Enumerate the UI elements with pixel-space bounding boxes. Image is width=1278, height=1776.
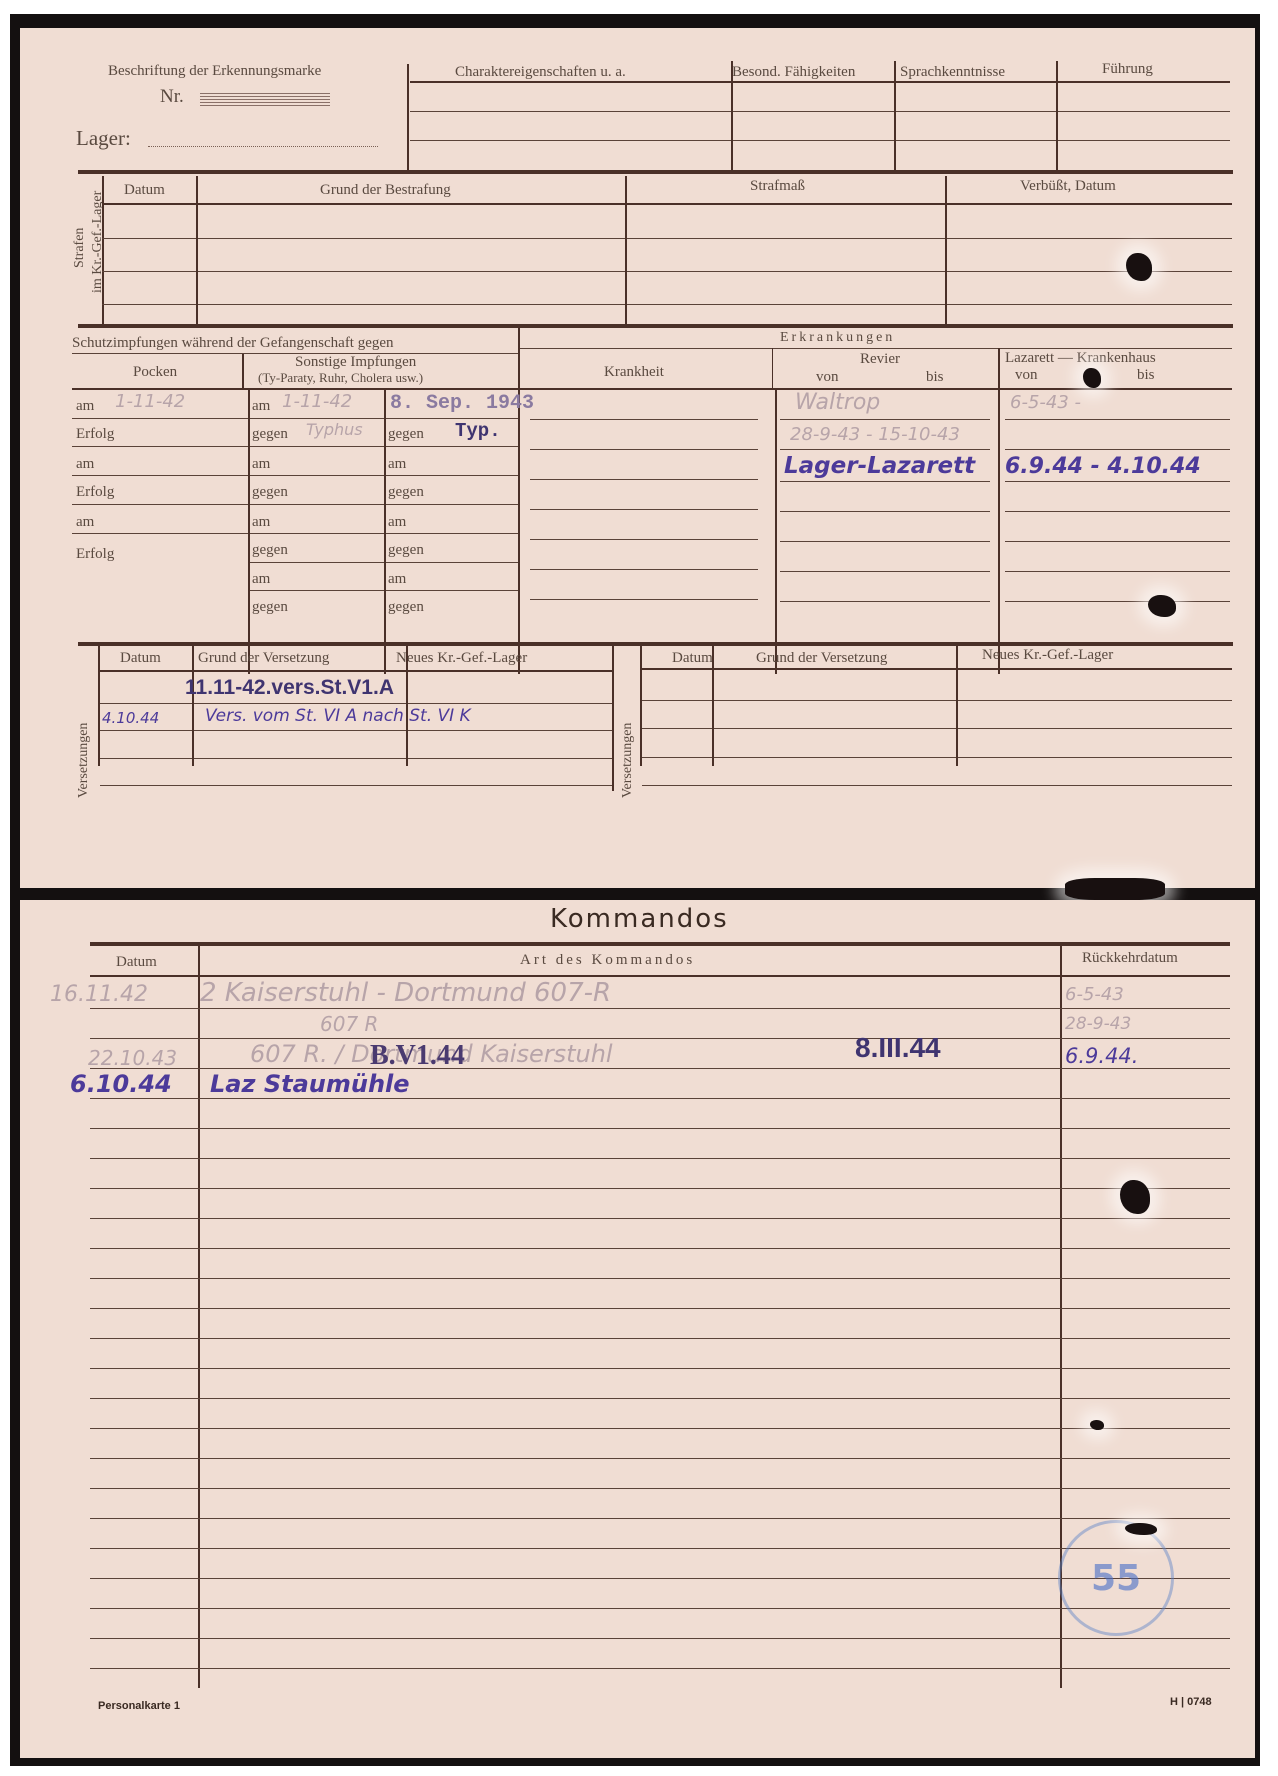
- kommando-return[interactable]: 28-9-43: [1065, 1014, 1131, 1034]
- kommando-stamp-2: 8.III.44: [855, 1032, 941, 1064]
- vaccine-type-stamp: Typ.: [455, 420, 501, 442]
- nr-field[interactable]: [200, 91, 330, 107]
- vaccinations-header-pocken: Pocken: [133, 364, 177, 381]
- kommandos-header-return: Rückkehrdatum: [1082, 950, 1178, 967]
- transfer-reason-2[interactable]: Vers. vom St. VI A nach St. VI K: [205, 706, 471, 726]
- kommando-date[interactable]: 6.10.44: [70, 1070, 172, 1098]
- bullet-hole: [1126, 253, 1152, 281]
- transfers-left-side-label: Versetzungen: [76, 723, 92, 798]
- form-code: H | 0748: [1170, 1696, 1212, 1708]
- bullet-hole: [1148, 595, 1176, 617]
- kommando-type[interactable]: Laz Staumühle: [210, 1070, 410, 1098]
- punishments-header-date: Datum: [124, 182, 165, 199]
- camp-round-stamp: 55: [1058, 1520, 1174, 1636]
- nr-label: Nr.: [160, 86, 184, 108]
- pocken-date-1[interactable]: 1-11-42: [115, 391, 185, 412]
- transfers-right-header-camp: Neues Kr.-Gef.-Lager: [982, 647, 1113, 664]
- kommando-stamp-1: B.V1.44: [370, 1040, 465, 1072]
- personalkarte-back-lower: Kommandos Datum Art des Kommandos Rückke…: [20, 900, 1255, 1758]
- traits-header-character: Charaktereigenschaften u. a.: [455, 64, 626, 81]
- kommando-return[interactable]: 6-5-43: [1065, 984, 1124, 1005]
- kommandos-header-date: Datum: [116, 954, 157, 971]
- other-vaccine-date-1[interactable]: 1-11-42: [282, 391, 352, 412]
- punishments-header-penalty: Strafmaß: [750, 178, 805, 195]
- transfers-right-header-reason: Grund der Versetzung: [756, 650, 887, 667]
- kommando-type[interactable]: 2 Kaiserstuhl - Dortmund 607-R: [200, 978, 611, 1008]
- vaccinations-header-other: Sonstige Impfungen: [295, 354, 416, 371]
- other-vaccine-against-1[interactable]: Typhus: [306, 420, 363, 439]
- kommandos-header-type: Art des Kommandos: [520, 952, 695, 969]
- illness-lazarett-3[interactable]: 6.9.44 - 4.10.44: [1005, 454, 1201, 479]
- vaccinations-header-other-sub: (Ty-Paraty, Ruhr, Cholera usw.): [258, 370, 423, 386]
- lager-label: Lager:: [76, 126, 131, 151]
- illnesses-title: Erkrankungen: [780, 330, 895, 346]
- bullet-hole: [1083, 368, 1101, 388]
- lager-field[interactable]: [148, 146, 378, 147]
- kommando-date[interactable]: 16.11.42: [50, 982, 148, 1007]
- kommandos-title: Kommandos: [550, 904, 729, 934]
- illness-lazarett-1[interactable]: 6-5-43 -: [1010, 392, 1081, 413]
- bullet-hole: [1120, 1180, 1150, 1214]
- personalkarte-back-upper: Beschriftung der Erkennungsmarke Nr. Lag…: [20, 28, 1255, 888]
- transfers-left-header-date: Datum: [120, 650, 161, 667]
- traits-header-languages: Sprachkenntnisse: [900, 64, 1005, 81]
- illness-header-revier: Revier: [860, 351, 900, 368]
- kommando-date[interactable]: 22.10.43: [88, 1046, 177, 1070]
- traits-header-abilities: Besond. Fähigkeiten: [732, 64, 855, 81]
- vaccinations-title: Schutzimpfungen während der Gefangenscha…: [72, 335, 394, 352]
- punishments-side-label: Strafen: [72, 228, 88, 268]
- form-name: Personalkarte 1: [98, 1700, 180, 1712]
- kommando-type[interactable]: 607 R: [320, 1012, 378, 1036]
- transfer-stamp-1: 11.11-42.vers.St.V1.A: [185, 676, 394, 700]
- vaccine-date-stamp: 8. Sep. 1943: [390, 392, 534, 415]
- transfers-right-header-date: Datum: [672, 650, 713, 667]
- illness-revier-3[interactable]: Lager-Lazarett: [784, 453, 975, 479]
- punishments-header-reason: Grund der Bestrafung: [320, 182, 451, 199]
- traits-header-conduct: Führung: [1102, 61, 1153, 78]
- kommando-return[interactable]: 6.9.44.: [1065, 1044, 1138, 1068]
- punishments-header-served: Verbüßt, Datum: [1020, 178, 1116, 195]
- illness-revier-1[interactable]: Waltrop: [795, 390, 880, 415]
- transfers-right-side-label: Versetzungen: [620, 723, 636, 798]
- illness-header-disease: Krankheit: [604, 364, 664, 381]
- illness-header-hospital: Lazarett — Krankenhaus: [1005, 350, 1156, 367]
- transfer-date-2[interactable]: 4.10.44: [102, 709, 159, 727]
- transfers-left-header-reason: Grund der Versetzung: [198, 650, 329, 667]
- transfers-left-header-camp: Neues Kr.-Gef.-Lager: [396, 650, 527, 667]
- tag-label: Beschriftung der Erkennungsmarke: [108, 63, 321, 80]
- tear: [1065, 878, 1165, 900]
- bullet-hole: [1090, 1420, 1104, 1430]
- illness-revier-2[interactable]: 28-9-43 - 15-10-43: [790, 424, 960, 445]
